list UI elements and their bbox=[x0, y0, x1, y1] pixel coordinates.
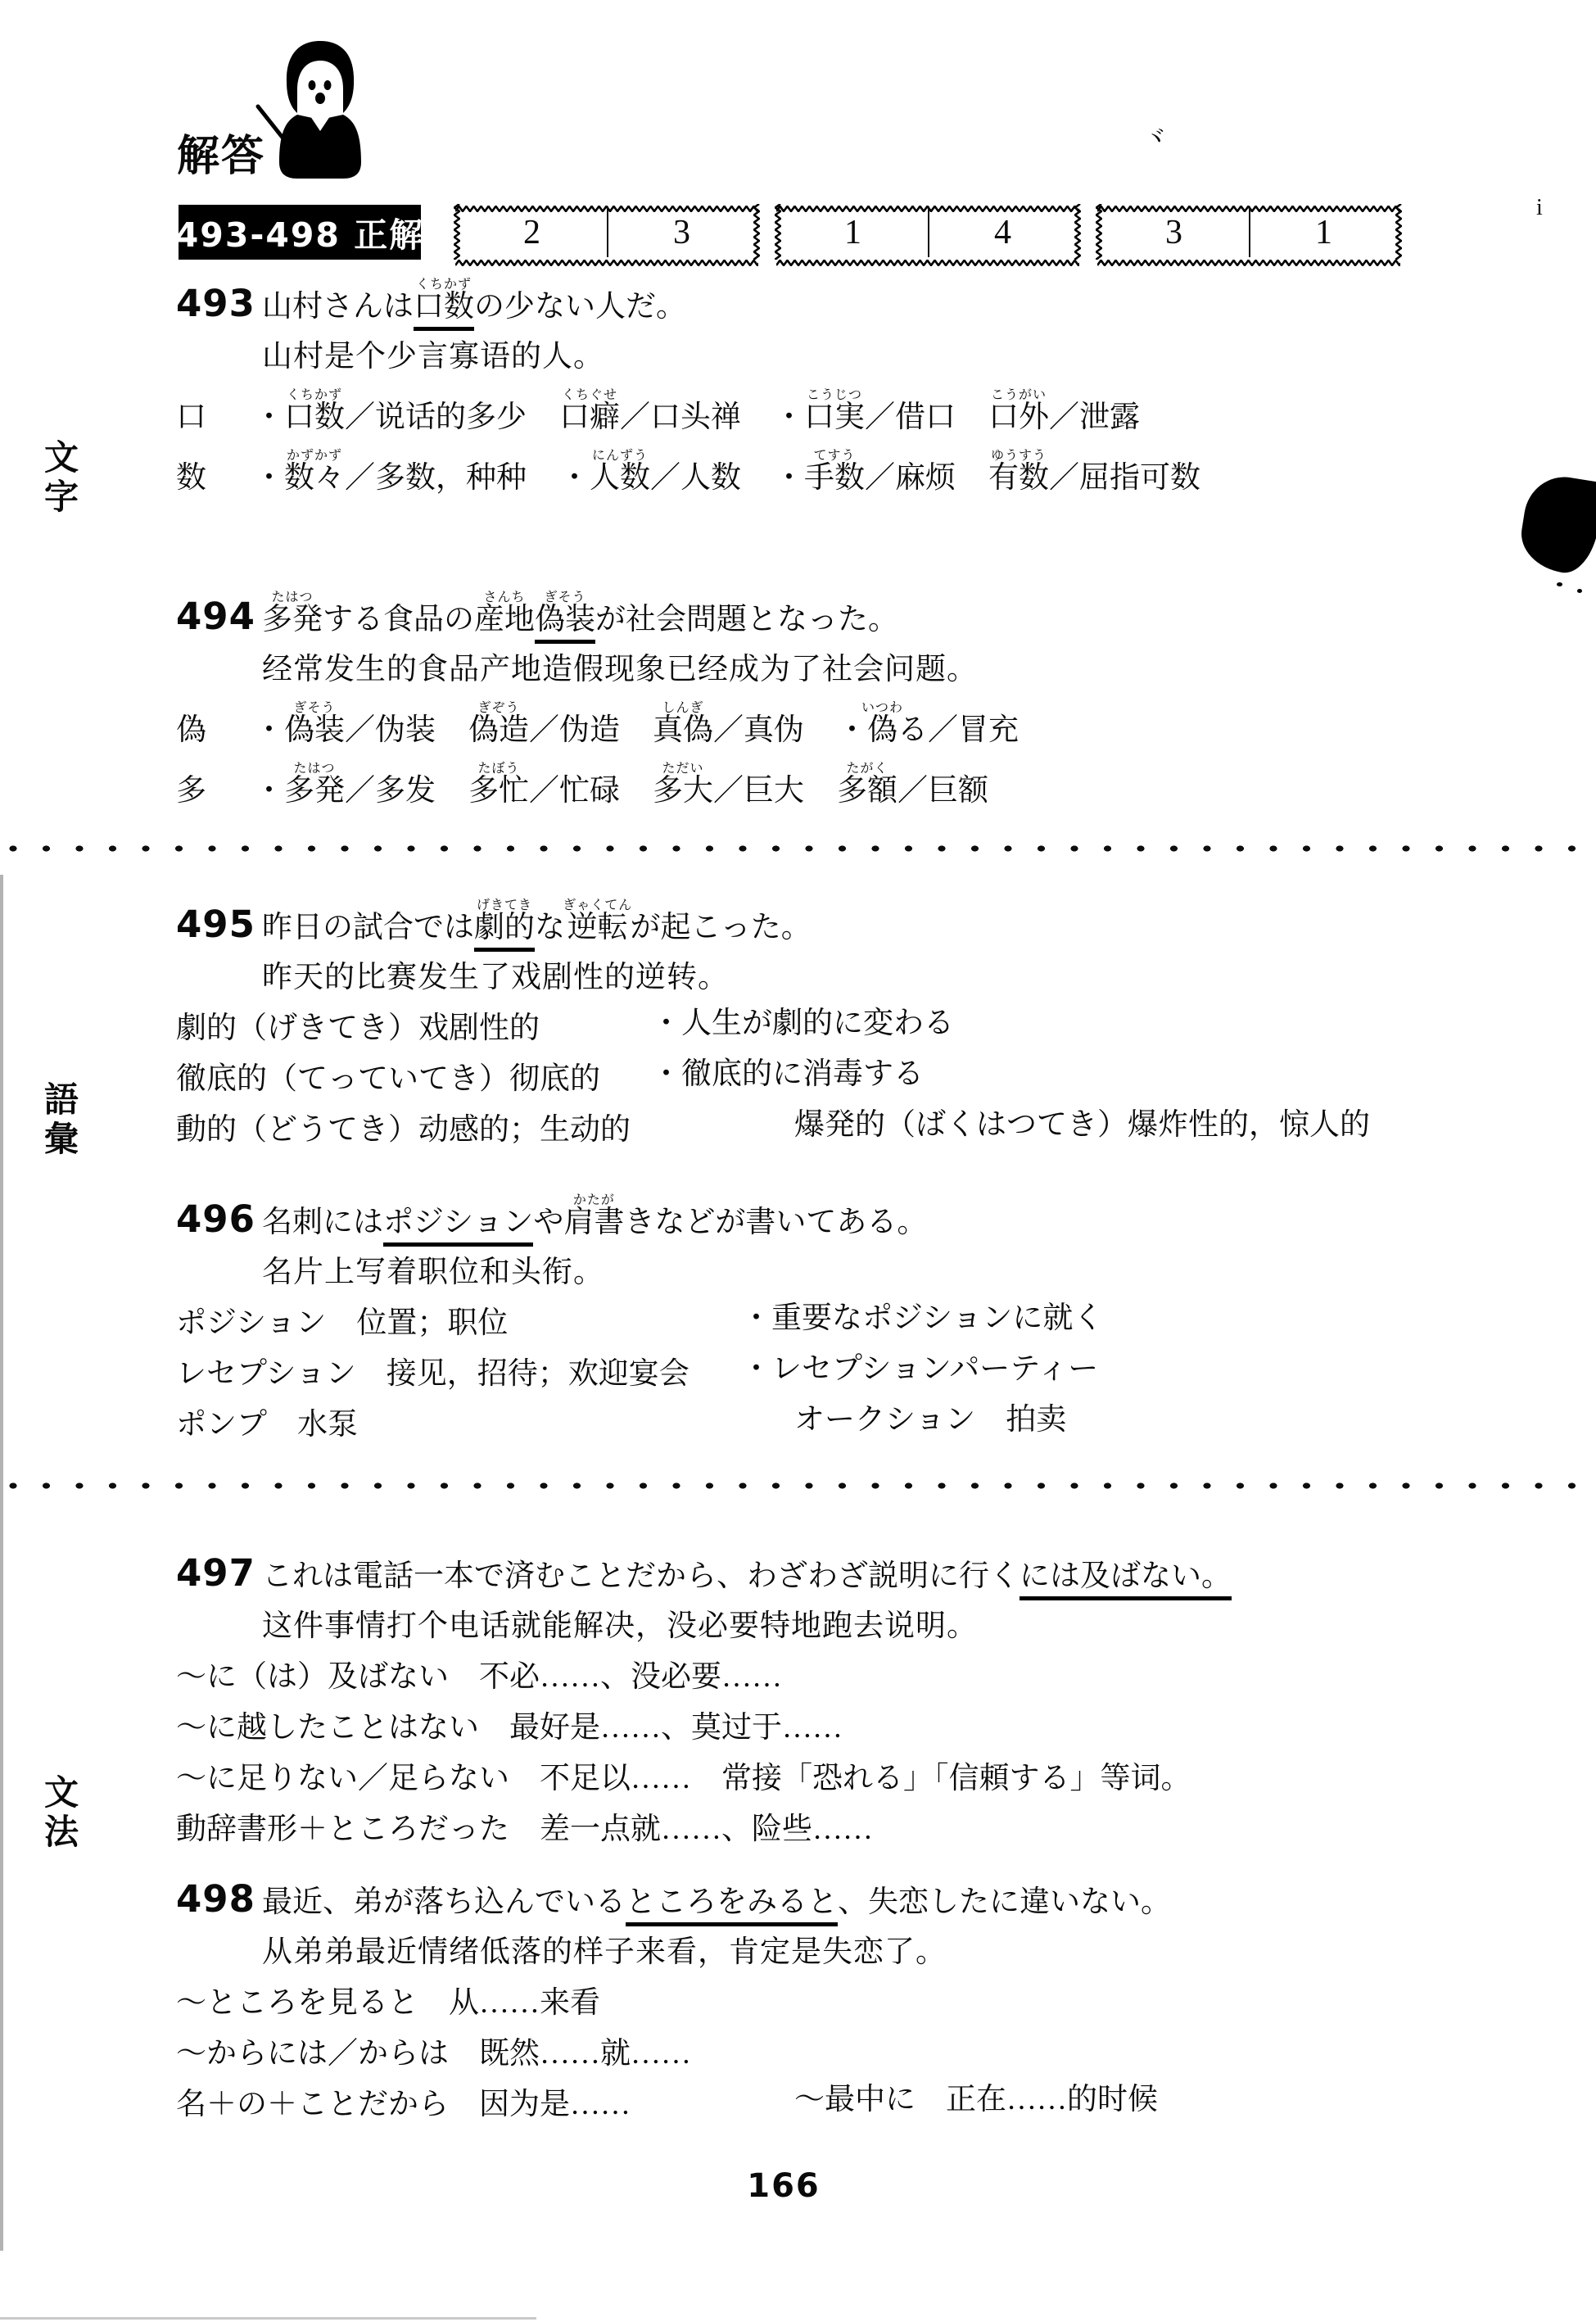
vocab-row-content: 口・口数くちかず／说话的多少口癖くちぐせ／口头禅・口実こうじつ／借口口外こうがい… bbox=[176, 388, 1173, 434]
grammar-row-left: 徹底的（てっていてき）彻底的 bbox=[176, 1062, 600, 1096]
text-run: の少ない人だ。 bbox=[474, 290, 686, 324]
chinese-translation: 山村是个少言寡语的人。 bbox=[262, 340, 604, 373]
vocab-entry: 有数ゆうすう／屈指可数 bbox=[988, 461, 1200, 495]
text-run: が社会問題となった。 bbox=[595, 603, 898, 636]
headline-line: 494多発たはつする食品の産地さんち偽装ぎそうが社会問題となった。 bbox=[176, 573, 1589, 637]
dotted-separator bbox=[7, 1479, 1590, 1492]
vocab-kanji-label: 偽 bbox=[176, 713, 254, 747]
vocab-word: 口数くちかず bbox=[284, 401, 345, 434]
grammar-row: ポンプ 水泵オークション 拍卖 bbox=[176, 1391, 1589, 1442]
ruby-term: 産地さんち bbox=[474, 603, 535, 636]
headline-text: 495昨日の試合では劇的げきてきな逆転ぎゃくてんが起こった。 bbox=[176, 898, 812, 945]
vocab-row-content: 多・多発たはつ／多发多忙たぼう／忙碌多大ただい／巨大多額たがく／巨额 bbox=[176, 762, 1021, 808]
grammar-row-left: 劇的（げきてき）戏剧性的 bbox=[176, 1012, 540, 1045]
chinese-translation: 经常发生的食品产地造假现象已经成为了社会问题。 bbox=[262, 653, 978, 686]
grammar-row-right: オークション 拍卖 bbox=[794, 1403, 1066, 1437]
teacher-girl-illustration bbox=[248, 39, 373, 183]
vocab-entry: ・数々かずかず／多数，种种 bbox=[254, 461, 527, 495]
grammar-row-right: ・人生が劇的に変わる bbox=[651, 1007, 954, 1040]
headline-text: 497これは電話一本で済むことだから、わざわざ説明に行くには及ばない。 bbox=[176, 1553, 1232, 1594]
chinese-translation: 从弟弟最近情绪低落的样子来看，肯定是失恋了。 bbox=[262, 1935, 947, 1969]
vocab-entry: ・口実こうじつ／借口 bbox=[774, 401, 956, 434]
grammar-row-right: ・徹底的に消毒する bbox=[651, 1057, 924, 1091]
grammar-row-left: ～ところを見ると 从……来看 bbox=[176, 1986, 600, 2020]
vocab-entry: ・偽装ぎそう／伪装 bbox=[254, 713, 436, 747]
page-number: 166 bbox=[0, 2167, 1567, 2205]
grammar-row-left: 動辞書形＋ところだった 差一点就……、险些…… bbox=[176, 1813, 873, 1846]
vocab-entry: 真偽しんぎ／真伪 bbox=[653, 713, 804, 747]
grammar-row: 劇的（げきてき）戏剧性的・人生が劇的に変わる bbox=[176, 994, 1589, 1045]
answer-box-group: 14 bbox=[778, 204, 1078, 260]
grammar-row: ポジション 位置；职位・重要なポジションに就く bbox=[176, 1289, 1589, 1340]
vocab-word: 多額たがく bbox=[837, 774, 897, 808]
vocab-entry: 口外こうがい／泄露 bbox=[988, 401, 1140, 434]
vocab-word: 多忙たぼう bbox=[468, 774, 529, 808]
vocab-entry: ・人数にんずう／人数 bbox=[559, 461, 741, 495]
headline-line: 498最近、弟が落ち込んでいるところをみると、失恋したに違いない。 bbox=[176, 1856, 1589, 1920]
grammar-row: 動的（どうてき）动感的；生动的爆発的（ばくはつてき）爆炸性的，惊人的 bbox=[176, 1096, 1589, 1147]
grammar-row-left: ポンプ 水泵 bbox=[176, 1408, 358, 1442]
ruby-term: 逆転ぎゃくてん bbox=[565, 911, 631, 944]
vocab-word: 有数ゆうすう bbox=[988, 461, 1049, 495]
underlined-term: ところをみると bbox=[626, 1885, 838, 1926]
grammar-row-right: 爆発的（ばくはつてき）爆炸性的，惊人的 bbox=[794, 1108, 1370, 1142]
underlined-term: 口数くちかず bbox=[414, 290, 474, 331]
scan-edge-artifact bbox=[0, 2317, 536, 2320]
grammar-row: 徹底的（てっていてき）彻底的・徹底的に消毒する bbox=[176, 1045, 1589, 1096]
answer-cell: 2 bbox=[457, 204, 607, 260]
grammar-row: レセプション 接见，招待；欢迎宴会・レセプションパーティー bbox=[176, 1340, 1589, 1391]
chinese-translation-line: 昨天的比赛发生了戏剧性的逆转。 bbox=[176, 953, 1589, 994]
chinese-translation: 名片上写着职位和头衔。 bbox=[262, 1256, 604, 1289]
chinese-translation-line: 经常发生的食品产地造假现象已经成为了社会问题。 bbox=[176, 645, 1589, 686]
vocab-word: 多大ただい bbox=[653, 774, 713, 808]
section-496: 496名刺にはポジションや肩書かたがきなどが書いてある。名片上写着职位和头衔。ポ… bbox=[176, 1176, 1589, 1442]
vocab-word: 人数にんずう bbox=[590, 461, 650, 495]
text-run: 名刺には bbox=[262, 1206, 383, 1239]
headline-line: 497これは電話一本で済むことだから、わざわざ説明に行くには及ばない。 bbox=[176, 1530, 1589, 1594]
vocab-entry: 多忙たぼう／忙碌 bbox=[468, 774, 620, 808]
text-run: きなどが書いてある。 bbox=[624, 1206, 927, 1239]
vocab-entry: 多額たがく／巨额 bbox=[837, 774, 988, 808]
headline-text: 494多発たはつする食品の産地さんち偽装ぎそうが社会問題となった。 bbox=[176, 591, 898, 637]
headline-text: 498最近、弟が落ち込んでいるところをみると、失恋したに違いない。 bbox=[176, 1879, 1171, 1920]
grammar-row-left: ～に越したことはない 最好是……、莫过于…… bbox=[176, 1711, 843, 1745]
vocab-row-content: 数・数々かずかず／多数，种种・人数にんずう／人数・手数てすう／麻烦有数ゆうすう／… bbox=[176, 449, 1233, 495]
grammar-row-right: ・レセプションパーティー bbox=[741, 1352, 1098, 1386]
text-run: な bbox=[535, 911, 565, 944]
grammar-row-left: レセプション 接见，招待；欢迎宴会 bbox=[176, 1357, 689, 1391]
vocab-row: 数・数々かずかず／多数，种种・人数にんずう／人数・手数てすう／麻烦有数ゆうすう／… bbox=[176, 434, 1589, 495]
underlined-term: 偽装ぎそう bbox=[535, 603, 595, 644]
text-run: する食品の bbox=[323, 603, 474, 636]
grammar-row-left: ～からには／からは 既然……就…… bbox=[176, 2037, 691, 2071]
section-493: 493山村さんは口数くちかずの少ない人だ。山村是个少言寡语的人。口・口数くちかず… bbox=[176, 260, 1589, 495]
section-495: 495昨日の試合では劇的げきてきな逆転ぎゃくてんが起こった。昨天的比赛发生了戏剧… bbox=[176, 881, 1589, 1147]
section-494: 494多発たはつする食品の産地さんち偽装ぎそうが社会問題となった。经常发生的食品… bbox=[176, 573, 1589, 808]
vocab-entry: ・手数てすう／麻烦 bbox=[774, 461, 956, 495]
ruby-term: 多発たはつ bbox=[262, 603, 323, 636]
grammar-row: ～に越したことはない 最好是……、莫过于…… bbox=[176, 1694, 1589, 1745]
vocab-entry: ・偽いつわる／冒充 bbox=[837, 713, 1019, 747]
headline-line: 495昨日の試合では劇的げきてきな逆転ぎゃくてんが起こった。 bbox=[176, 881, 1589, 945]
section-497: 497これは電話一本で済むことだから、わざわざ説明に行くには及ばない。这件事情打… bbox=[176, 1530, 1589, 1846]
vocab-entry: ・多発たはつ／多发 bbox=[254, 774, 436, 808]
chinese-translation-line: 这件事情打个电话就能解决，没必要特地跑去说明。 bbox=[176, 1602, 1589, 1643]
question-number: 496 bbox=[176, 1199, 262, 1240]
question-number: 494 bbox=[176, 596, 262, 637]
text-run: 昨日の試合では bbox=[262, 911, 474, 944]
grammar-row: ～ところを見ると 从……来看 bbox=[176, 1969, 1589, 2020]
text-run: 最近、弟が落ち込んでいる bbox=[262, 1885, 626, 1919]
question-number: 497 bbox=[176, 1553, 262, 1594]
answer-range-tab: 493-498 正解 bbox=[179, 205, 421, 260]
headline-line: 493山村さんは口数くちかずの少ない人だ。 bbox=[176, 260, 1589, 324]
grammar-row: ～に（は）及ばない 不必……、没必要…… bbox=[176, 1643, 1589, 1694]
answer-cell: 4 bbox=[928, 204, 1078, 260]
grammar-row: 名＋の＋ことだから 因为是……～最中に 正在……的时候 bbox=[176, 2071, 1589, 2121]
section-498: 498最近、弟が落ち込んでいるところをみると、失恋したに違いない。从弟弟最近情绪… bbox=[176, 1856, 1589, 2121]
vocab-word: 偽装ぎそう bbox=[284, 713, 345, 747]
text-run: これは電話一本で済むことだから、わざわざ説明に行く bbox=[262, 1559, 1020, 1593]
text-run: 山村さんは bbox=[262, 290, 414, 324]
grammar-row-left: 動的（どうてき）动感的；生动的 bbox=[176, 1113, 631, 1147]
vocab-word: 口癖くちぐせ bbox=[559, 401, 620, 434]
headline-line: 496名刺にはポジションや肩書かたがきなどが書いてある。 bbox=[176, 1176, 1589, 1240]
text-run: が起こった。 bbox=[631, 911, 812, 944]
underlined-term: には及ばない。 bbox=[1020, 1559, 1232, 1600]
vocab-kanji-label: 数 bbox=[176, 461, 254, 495]
chinese-translation-line: 名片上写着职位和头衔。 bbox=[176, 1248, 1589, 1289]
grammar-row-right: ・重要なポジションに就く bbox=[741, 1301, 1103, 1335]
vocab-row: 偽・偽装ぎそう／伪装偽造ぎぞう／伪造真偽しんぎ／真伪・偽いつわる／冒充 bbox=[176, 686, 1589, 747]
scan-edge-artifact bbox=[0, 875, 3, 2251]
vocab-entry: 多大ただい／巨大 bbox=[653, 774, 804, 808]
answer-cell: 3 bbox=[1099, 204, 1249, 260]
margin-label-文字: 文字 bbox=[34, 439, 84, 518]
vocab-kanji-label: 口 bbox=[176, 401, 254, 434]
text-run: 、失恋したに違いない。 bbox=[838, 1885, 1171, 1919]
underlined-term: 劇的げきてき bbox=[474, 911, 535, 952]
vocab-word: 真偽しんぎ bbox=[653, 713, 713, 747]
vocab-word: 手数てすう bbox=[804, 461, 865, 495]
vocab-entry: 偽造ぎぞう／伪造 bbox=[468, 713, 620, 747]
ink-speck bbox=[1557, 582, 1562, 586]
headline-text: 496名刺にはポジションや肩書かたがきなどが書いてある。 bbox=[176, 1193, 927, 1240]
question-number: 493 bbox=[176, 283, 262, 324]
answer-cell: 1 bbox=[1249, 204, 1399, 260]
margin-label-文法: 文法 bbox=[34, 1774, 84, 1853]
answer-box-group: 23 bbox=[457, 204, 757, 260]
grammar-row-left: ポジション 位置；职位 bbox=[176, 1306, 508, 1340]
vocab-word: 多発たはつ bbox=[284, 774, 345, 808]
grammar-row: ～に足りない／足らない 不足以…… 常接「恐れる」「信頼する」等词。 bbox=[176, 1745, 1589, 1795]
chinese-translation: 这件事情打个电话就能解决，没必要特地跑去说明。 bbox=[262, 1609, 978, 1643]
question-number: 495 bbox=[176, 904, 262, 945]
chinese-translation-line: 从弟弟最近情绪低落的样子来看，肯定是失恋了。 bbox=[176, 1928, 1589, 1969]
vocab-kanji-label: 多 bbox=[176, 774, 254, 808]
grammar-row-left: ～に足りない／足らない 不足以…… 常接「恐れる」「信頼する」等词。 bbox=[176, 1762, 1191, 1795]
grammar-row-left: 名＋の＋ことだから 因为是…… bbox=[176, 2088, 631, 2121]
vocab-row: 口・口数くちかず／说话的多少口癖くちぐせ／口头禅・口実こうじつ／借口口外こうがい… bbox=[176, 373, 1589, 434]
chinese-translation-line: 山村是个少言寡语的人。 bbox=[176, 333, 1589, 373]
grammar-row-left: ～に（は）及ばない 不必……、没必要…… bbox=[176, 1660, 782, 1694]
vocab-word: 口実こうじつ bbox=[804, 401, 865, 434]
vocab-row: 多・多発たはつ／多发多忙たぼう／忙碌多大ただい／巨大多額たがく／巨额 bbox=[176, 747, 1589, 808]
vocab-word: 口外こうがい bbox=[988, 401, 1049, 434]
dotted-separator bbox=[7, 842, 1590, 855]
grammar-row: 動辞書形＋ところだった 差一点就……、险些…… bbox=[176, 1795, 1589, 1846]
question-number: 498 bbox=[176, 1879, 262, 1920]
vocab-entry: 口癖くちぐせ／口头禅 bbox=[559, 401, 741, 434]
chinese-translation: 昨天的比赛发生了戏剧性的逆转。 bbox=[262, 961, 729, 994]
text-run: や bbox=[533, 1206, 563, 1239]
stray-mark: i bbox=[1536, 195, 1543, 221]
vocab-word: 偽造ぎぞう bbox=[468, 713, 529, 747]
ink-speck bbox=[1577, 589, 1582, 593]
scanned-textbook-page: { "page": { "number": "166", "background… bbox=[0, 0, 1596, 2322]
answer-cell: 3 bbox=[607, 204, 757, 260]
vocab-word: 偽いつわ bbox=[867, 713, 897, 747]
answer-box-group: 31 bbox=[1099, 204, 1399, 260]
headline-text: 493山村さんは口数くちかずの少ない人だ。 bbox=[176, 278, 686, 324]
ruby-term: 肩書かたが bbox=[563, 1206, 624, 1239]
stray-mark: ヾ bbox=[1141, 116, 1170, 156]
grammar-row-right: ～最中に 正在……的时候 bbox=[794, 2083, 1158, 2116]
underlined-term: ポジション bbox=[383, 1206, 533, 1247]
vocab-row-content: 偽・偽装ぎそう／伪装偽造ぎぞう／伪造真偽しんぎ／真伪・偽いつわる／冒充 bbox=[176, 701, 1051, 747]
grammar-row: ～からには／からは 既然……就…… bbox=[176, 2020, 1589, 2071]
margin-label-語彙: 語彙 bbox=[34, 1081, 84, 1160]
vocab-entry: ・口数くちかず／说话的多少 bbox=[254, 401, 527, 434]
answer-cell: 1 bbox=[778, 204, 928, 260]
vocab-word: 数々かずかず bbox=[284, 461, 345, 495]
